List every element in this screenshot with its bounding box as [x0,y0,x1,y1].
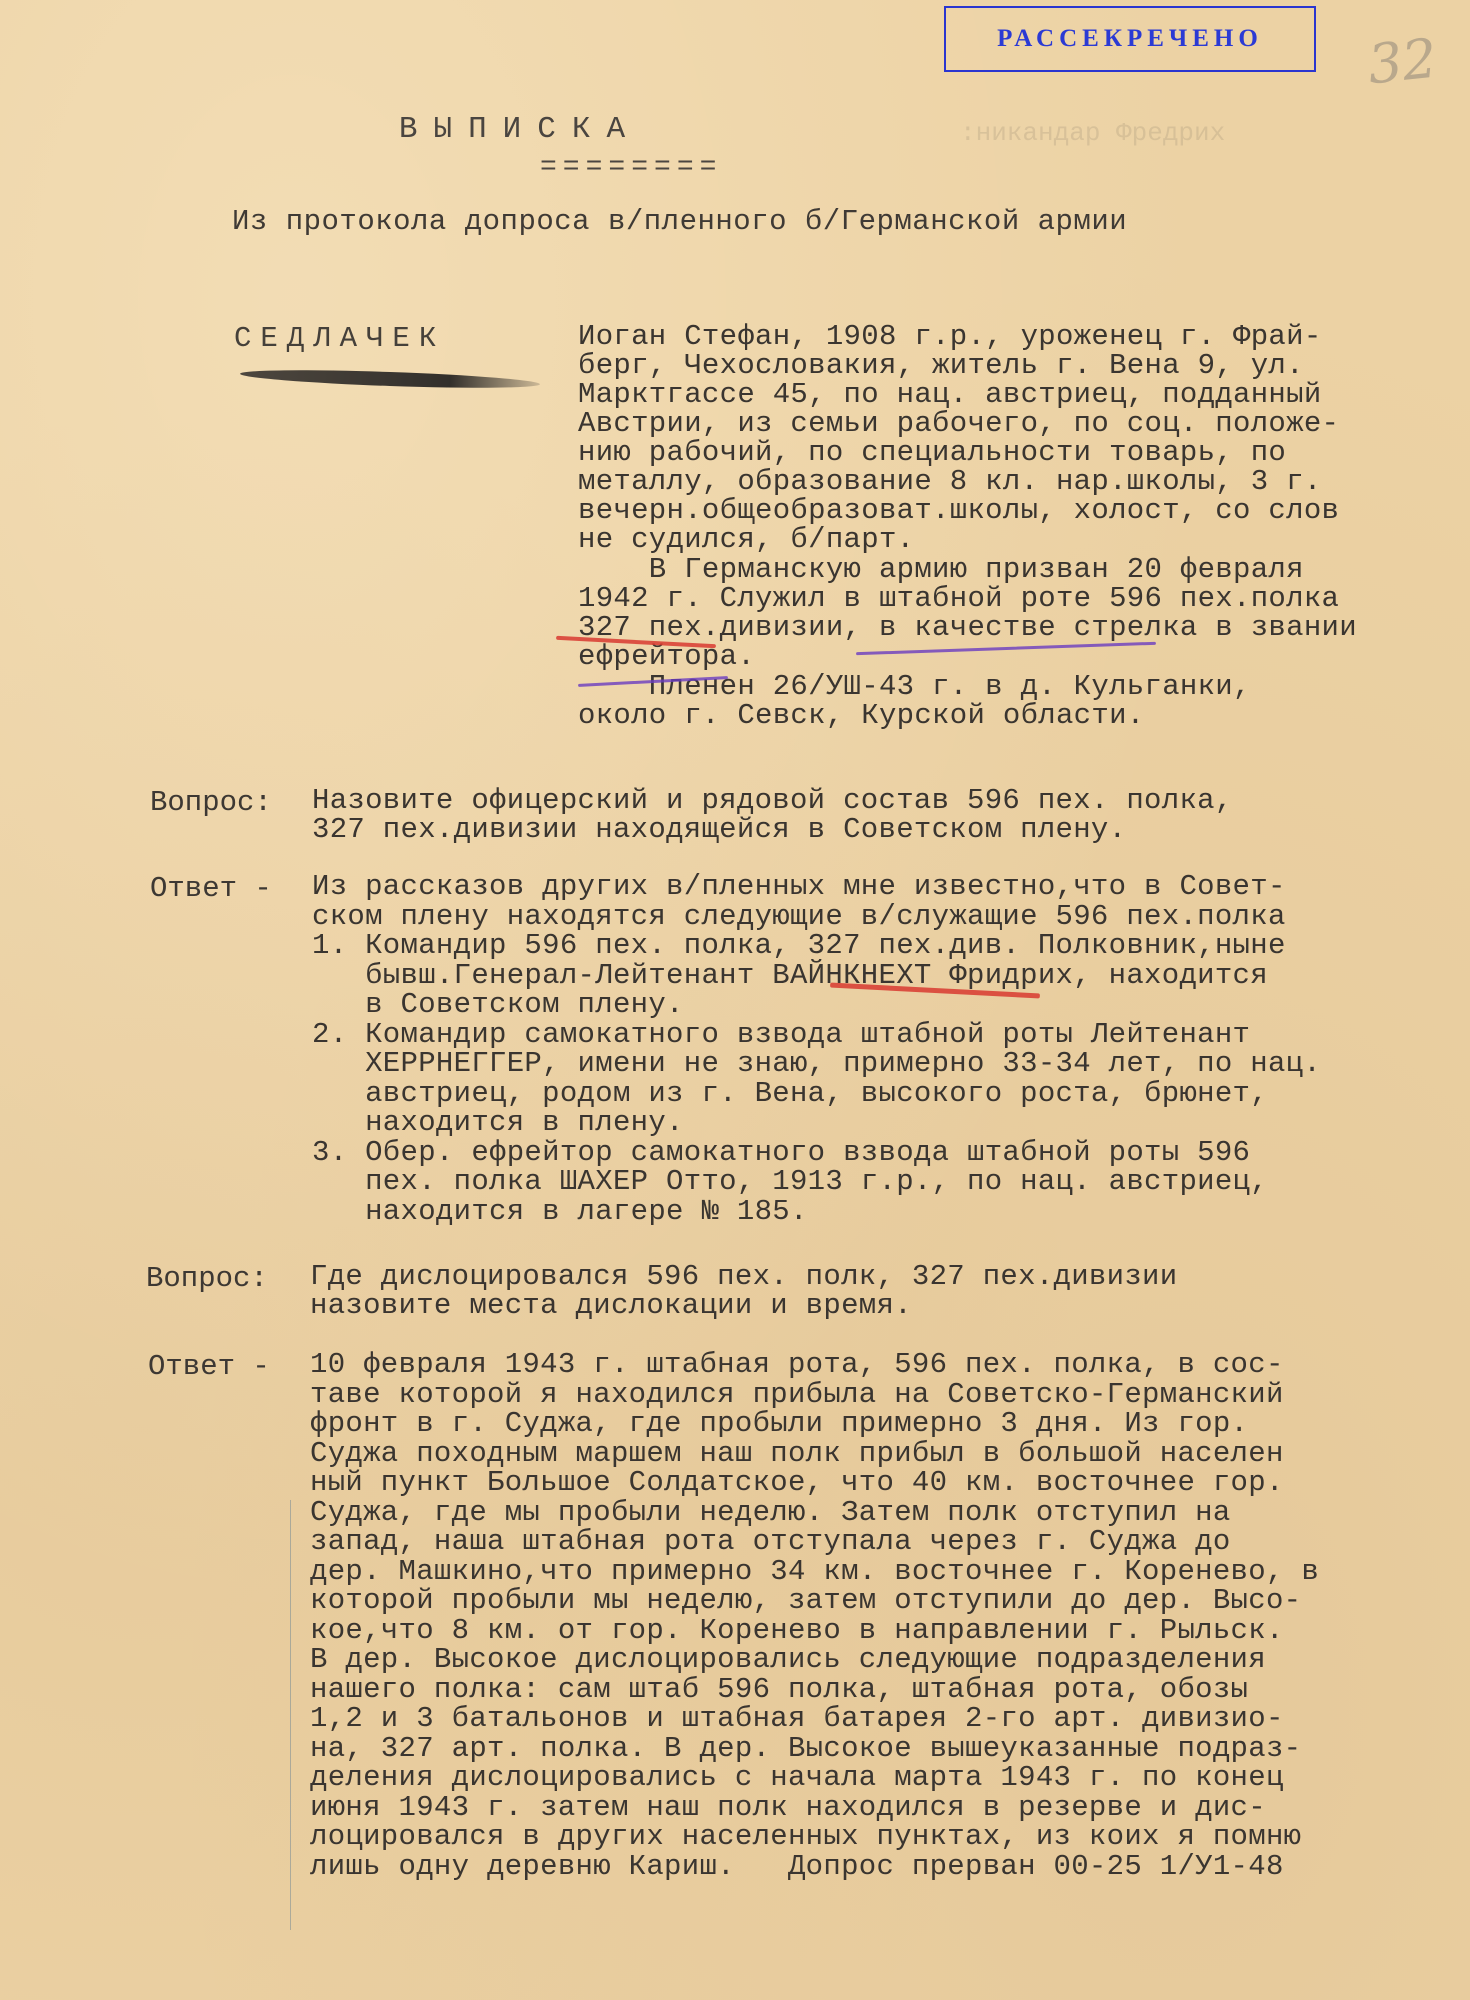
answer-line: лишь одну деревню Кариш. Допрос прерван … [310,1852,1284,1882]
document-title: ВЫПИСКА [0,112,1040,147]
bio-line: 1942 г. Служил в штабной роте 596 пех.по… [578,584,1339,614]
bio-line: В Германскую армию призван 20 февраля [578,555,1304,585]
answer-line: ный пункт Большое Солдатское, что 40 км.… [310,1468,1284,1498]
answer-line: деления дислоцировались с начала марта 1… [310,1763,1284,1793]
answer-line: которой пробыли мы неделю, затем отступи… [310,1586,1301,1616]
document-subtitle: Из протокола допроса в/пленного б/Герман… [232,205,1127,238]
answer-line: лоцировался в других населенных пунктах,… [310,1822,1301,1852]
answer-line: ском плену находятся следующие в/служащи… [312,902,1286,932]
answer-line: ХЕРРНЕГГЕР, имени не знаю, примерно 33-3… [312,1049,1321,1079]
bio-line: Иоган Стефан, 1908 г.р., уроженец г. Фра… [578,322,1322,352]
page-number: 32 [1365,27,1440,97]
answer-line: нашего полка: сам штаб 596 полка, штабна… [310,1675,1248,1705]
bio-line: ефрейтора. [578,642,755,672]
answer-line: 3. Обер. ефрейтор самокатного взвода шта… [312,1138,1250,1168]
bio-line: Пленен 26/УШ-43 г. в д. Кульганки, [578,672,1251,702]
answer-line: 10 февраля 1943 г. штабная рота, 596 пех… [310,1350,1284,1380]
question-line: Назовите офицерский и рядовой состав 596… [312,786,1233,816]
answer-line: бывш.Генерал-Лейтенант ВАЙНКНЕХТ Фридрих… [312,961,1268,991]
answer-label: Ответ - [150,872,272,905]
question-line: назовите места дислокации и время. [310,1291,912,1321]
answer-line: в Советском плену. [312,990,684,1020]
document-page: РАССЕКРЕЧЕНО 32 :никандар Фредрих ВЫПИСК… [0,0,1470,2000]
answer-line: 2. Командир самокатного взвода штабной р… [312,1020,1250,1050]
question-line: 327 пех.дивизии находящейся в Советском … [312,815,1126,845]
answer-line: пех. полка ШАХЕР Отто, 1913 г.р., по нац… [312,1167,1268,1197]
answer-line: июня 1943 г. затем наш полк находился в … [310,1793,1266,1823]
answer-line: фронт в г. Суджа, где пробыли примерно 3… [310,1409,1248,1439]
question-label: Вопрос: [150,786,272,819]
bio-line: вечерн.общеобразоват.школы, холост, со с… [578,496,1339,526]
answer-line: 1,2 и 3 батальонов и штабная батарея 2-г… [310,1704,1284,1734]
bio-line: не судился, б/парт. [578,525,914,555]
answer-line: дер. Машкино,что примерно 34 км. восточн… [310,1557,1319,1587]
answer-line: запад, наша штабная рота отступала через… [310,1527,1231,1557]
bio-line: берг, Чехословакия, житель г. Вена 9, ул… [578,351,1304,381]
answer-line: австриец, родом из г. Вена, высокого рос… [312,1079,1268,1109]
answer-label: Ответ - [148,1350,270,1383]
answer-line: В дер. Высокое дислоцировались следующие… [310,1645,1266,1675]
margin-rule [290,1500,291,1930]
answer-line: Суджа, где мы пробыли неделю. Затем полк… [310,1498,1231,1528]
answer-line: Суджа походным маршем наш полк прибыл в … [310,1439,1284,1469]
answer-line: Из рассказов других в/пленных мне извест… [312,872,1286,902]
title-underline: ======== [540,152,722,183]
surname-pencil-mark [240,367,540,391]
stamp-text: РАССЕКРЕЧЕНО [997,25,1263,53]
declassified-stamp: РАССЕКРЕЧЕНО [944,6,1316,72]
question-line: Где дислоцировался 596 пех. полк, 327 пе… [310,1262,1177,1292]
answer-line: 1. Командир 596 пех. полка, 327 пех.див.… [312,931,1286,961]
bio-line: 327 пех.дивизии, в качестве стрелка в зв… [578,613,1357,643]
bio-line: Марктгассе 45, по нац. австриец, подданн… [578,380,1322,410]
bio-line: около г. Севск, Курской области. [578,701,1145,731]
bio-line: нию рабочий, по специальности товарь, по [578,438,1286,468]
bio-line: металлу, образование 8 кл. нар.школы, 3 … [578,467,1322,497]
prisoner-surname: СЕДЛАЧЕК [234,322,445,355]
answer-line: на, 327 арт. полка. В дер. Высокое вышеу… [310,1734,1301,1764]
bio-line: Австрии, из семьи рабочего, по соц. поло… [578,409,1339,439]
answer-line: находится в лагере № 185. [312,1197,808,1227]
answer-line: находится в плену. [312,1108,684,1138]
answer-line: таве которой я находился прибыла на Сове… [310,1380,1284,1410]
answer-line: кое,что 8 км. от гор. Коренево в направл… [310,1616,1284,1646]
question-label: Вопрос: [146,1262,268,1295]
